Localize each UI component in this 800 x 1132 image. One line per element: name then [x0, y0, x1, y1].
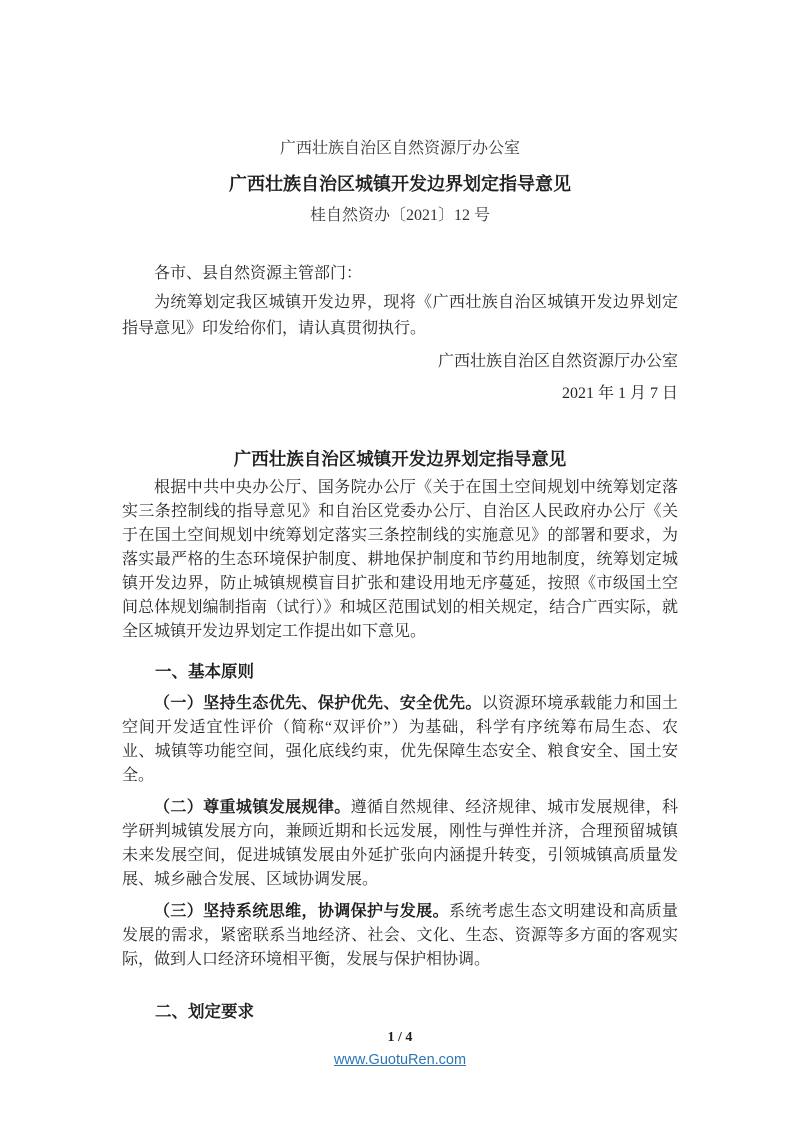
letter-signature: 广西壮族自治区自然资源厅办公室	[122, 350, 678, 374]
letter-salutation: 各市、县自然资源主管部门：	[122, 262, 678, 286]
letterhead-org-name: 广西壮族自治区自然资源厅办公室	[122, 137, 678, 161]
letter-body: 为统筹划定我区城镇开发边界，现将《广西壮族自治区城镇开发边界划定指导意见》印发给…	[122, 290, 678, 342]
page-number-indicator: 1 / 4	[0, 1028, 800, 1048]
principle-item-2-lead: （二）尊重城镇发展规律。	[154, 799, 351, 816]
letter-date: 2021 年 1 月 7 日	[122, 382, 678, 406]
section-heading-delineation-requirements: 二、划定要求	[122, 1000, 678, 1024]
principle-item-2: （二）尊重城镇发展规律。遵循自然规律、经济规律、城市发展规律，科学研判城镇发展方…	[122, 796, 678, 892]
document-content: 广西壮族自治区自然资源厅办公室 广西壮族自治区城镇开发边界划定指导意见 桂自然资…	[122, 0, 678, 1024]
section-heading-basic-principles: 一、基本原则	[122, 660, 678, 684]
document-main-title: 广西壮族自治区城镇开发边界划定指导意见	[122, 446, 678, 472]
letterhead-doc-number: 桂自然资办〔2021〕12 号	[122, 204, 678, 228]
principle-item-3-lead: （三）坚持系统思维，协调保护与发展。	[154, 903, 449, 920]
principle-item-3: （三）坚持系统思维，协调保护与发展。系统考虑生态文明建设和高质量发展的需求，紧密…	[122, 900, 678, 972]
letterhead-doc-title: 广西壮族自治区城镇开发边界划定指导意见	[122, 171, 678, 197]
page-footer: 1 / 4 www.GuotuRen.com	[0, 1028, 800, 1070]
principle-item-1-lead: （一）坚持生态优先、保护优先、安全优先。	[154, 695, 482, 712]
principle-item-1: （一）坚持生态优先、保护优先、安全优先。以资源环境承载能力和国土空间开发适宜性评…	[122, 692, 678, 788]
document-page: 广西壮族自治区自然资源厅办公室 广西壮族自治区城镇开发边界划定指导意见 桂自然资…	[0, 0, 800, 1132]
document-intro-paragraph: 根据中共中央办公厅、国务院办公厅《关于在国土空间规划中统筹划定落实三条控制线的指…	[122, 476, 678, 644]
footer-website-link[interactable]: www.GuotuRen.com	[334, 1050, 466, 1070]
